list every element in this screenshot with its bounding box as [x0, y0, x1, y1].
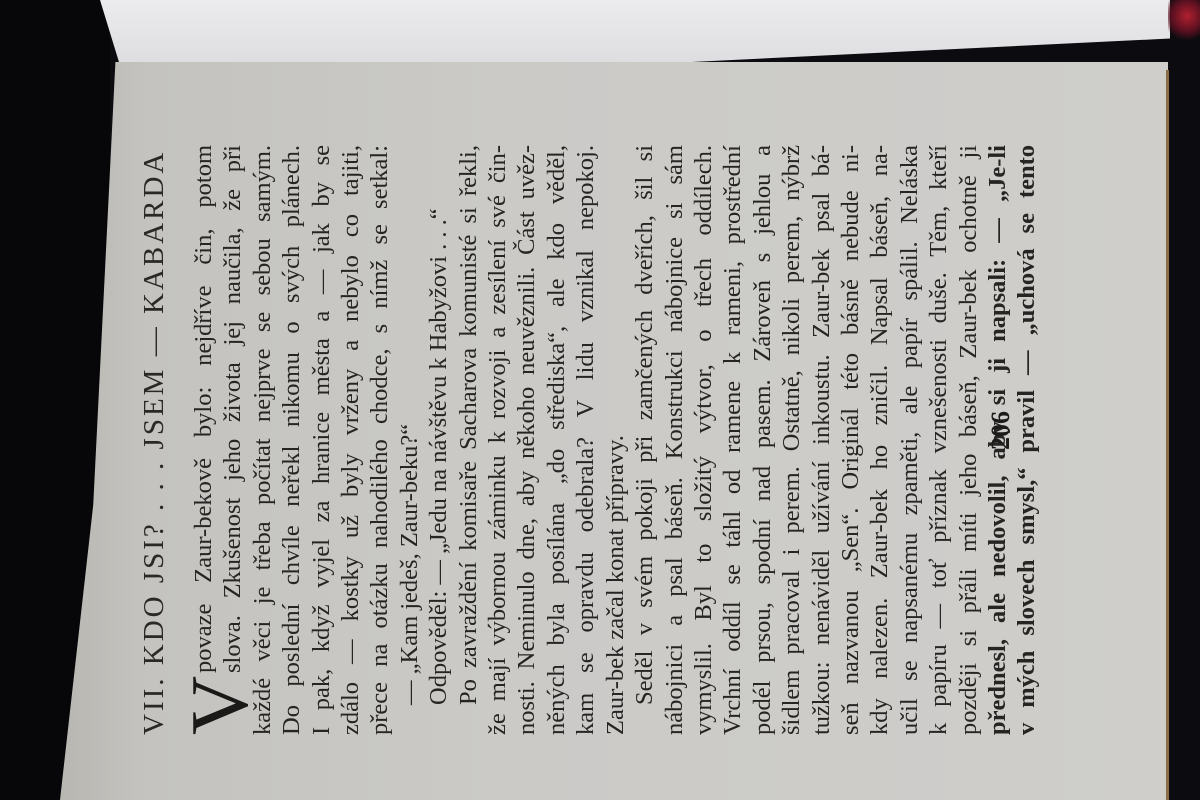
- chapter-title: VII. KDO JSI? . . . JSEM — KABARDA: [138, 95, 171, 735]
- text-line: zdálo — kostky už byly vrženy a nebylo c…: [336, 145, 365, 735]
- text-line: později si přáli míti jeho báseň, Zaur-b…: [954, 145, 983, 735]
- text-line: kdy nalezen. Zaur-bek ho zničil. Napsal …: [865, 145, 894, 735]
- text-line: k papíru — toť příznak vznešenosti duše.…: [924, 145, 953, 735]
- text-line: šidlem pracoval i perem. Ostatně, nikoli…: [777, 145, 806, 735]
- text-line: slova. Zkušenost jeho života jej naučila…: [218, 145, 247, 735]
- text-line: nosti. Neminulo dne, aby někoho neuvězni…: [512, 145, 541, 735]
- page-number: 206: [986, 411, 1016, 450]
- text-line: vymyslil. Byl to složitý výtvor, o třech…: [689, 145, 718, 735]
- text-line: Vrchní oddíl se táhl od ramene k rameni,…: [718, 145, 747, 735]
- text-line: Zaur-bek začal konat přípravy.: [601, 145, 630, 735]
- drop-cap: V: [185, 676, 255, 735]
- text-line: učil se napsanému zpaměti, ale papír spá…: [895, 145, 924, 735]
- text-line: tužkou: nenáviděl užívání inkoustu. Zaur…: [807, 145, 836, 735]
- text-line: Po zavraždění komisaře Sacharova komunis…: [454, 145, 483, 735]
- opening-paragraph: V povaze Zaur-bekově bylo: nejdříve čin,…: [189, 95, 248, 735]
- text-line: podél prsou, spodní nad pasem. Zároveň s…: [748, 145, 777, 735]
- page-fore-edge: [1166, 70, 1169, 800]
- text-line: povaze Zaur-bekově bylo: nejdříve čin, p…: [189, 145, 218, 735]
- text-line: Seděl v svém pokoji při zamčených dveříc…: [630, 145, 659, 735]
- red-cloth-accent: [1168, 0, 1200, 40]
- text-line: něných byla posílána „do střediska“, ale…: [542, 145, 571, 735]
- text-line: v mých slovech smysl,“ pravil — „uchová …: [1012, 145, 1041, 735]
- text-line: kam se opravdu odebrala? V lidu vznikal …: [571, 145, 600, 735]
- text-line: každé věci je třeba počítat nejprve se s…: [248, 145, 277, 735]
- text-line: Do poslední chvíle neřekl nikomu o svých…: [277, 145, 306, 735]
- text-line: přece na otázku nahodilého chodce, s ním…: [365, 145, 394, 735]
- rotated-page-text: VII. KDO JSI? . . . JSEM — KABARDA V pov…: [138, 95, 1008, 735]
- text-line: I pak, když vyjel za hranice města a — j…: [307, 145, 336, 735]
- text-line: že mají výbornou záminku k rozvoji a zes…: [483, 145, 512, 735]
- text-line: — „Kam jedeš, Zaur-beku?“: [395, 145, 424, 735]
- text-line: Odpověděl: — „Jedu na návštěvu k Habyžov…: [424, 145, 453, 735]
- text-line: nábojnici a psal báseň. Konstrukci náboj…: [660, 145, 689, 735]
- facing-page-edge: [100, 0, 1170, 70]
- text-line: seň nazvanou „Sen“. Originál této básně …: [836, 145, 865, 735]
